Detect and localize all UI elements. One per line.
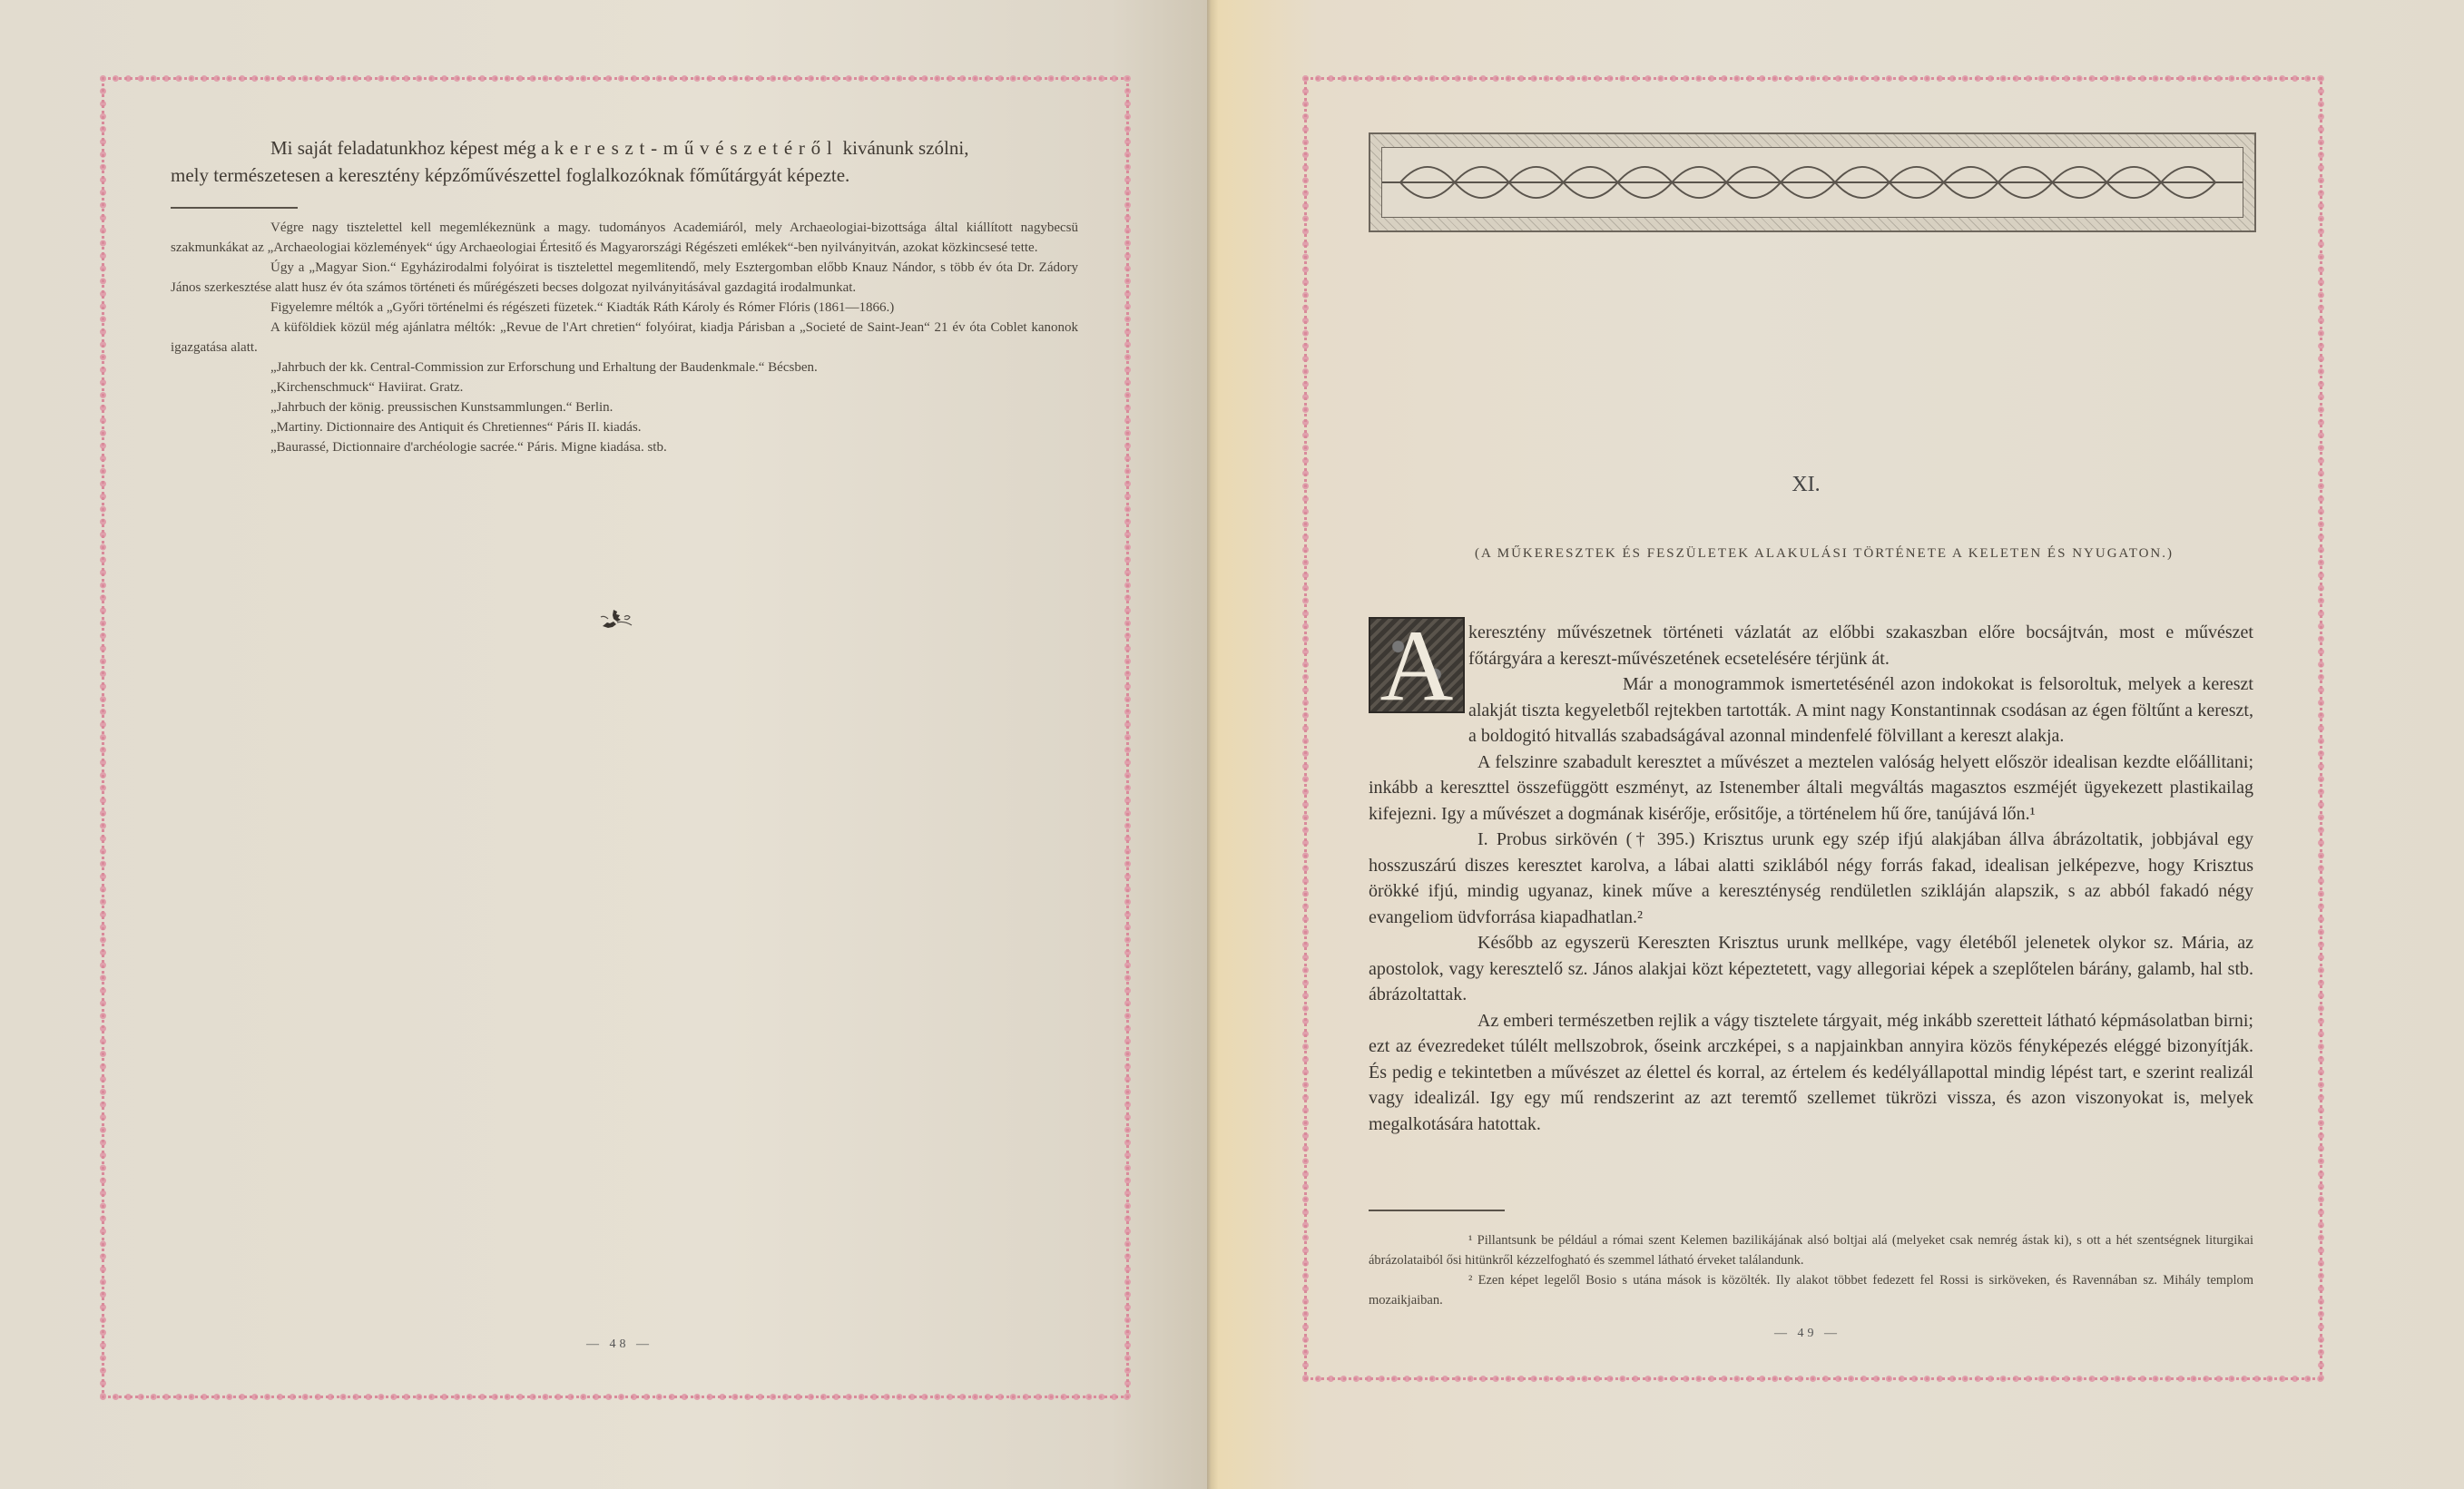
intro-line1-spaced: kereszt-művészetéről	[555, 137, 839, 159]
intro-line1-suffix: kivánunk szólni,	[843, 137, 969, 159]
intro-line2: mely természetesen a keresztény képzőműv…	[171, 162, 1078, 189]
oak-leaf-fleuron-icon	[597, 606, 643, 633]
paragraph-3: A felszinre szabadult keresztet a művész…	[1369, 749, 2253, 828]
chapter-title: (A MŰKERESZTEK ÉS FESZÜLETEK ALAKULÁSI T…	[1389, 547, 2260, 561]
footnote-2: ² Ezen képet legelől Bosio s utána mások…	[1369, 1270, 2253, 1310]
paragraph-2: Már a monogrammok ismertetésénél azon in…	[1369, 671, 2253, 749]
reference-item: „Jahrbuch der kk. Central-Commission zur…	[171, 358, 1078, 377]
reference-item: „Jahrbuch der könig. preussischen Kunsts…	[171, 397, 1078, 417]
left-page-number: — 48 —	[586, 1338, 653, 1351]
reference-item: „Baurassé, Dictionnaire d'archéologie sa…	[171, 437, 1078, 457]
right-footnotes: ¹ Pillantsunk be például a római szent K…	[1369, 1230, 2253, 1310]
reference-item: „Kirchenschmuck“ Haviirat. Gratz.	[171, 377, 1078, 397]
book-gutter	[1207, 0, 1218, 1489]
right-body-text: keresztény művészetnek történeti vázlatá…	[1369, 620, 2253, 1137]
paragraph-5: Később az egyszerü Kereszten Krisztus ur…	[1369, 930, 2253, 1008]
footnote-academia: Végre nagy tisztelettel kell megemlékezn…	[171, 218, 1078, 258]
left-page: Mi saját feladatunkhoz képest még a kere…	[0, 0, 1207, 1489]
intro-line1-prefix: Mi saját feladatunkhoz képest még a	[270, 137, 549, 159]
left-intro-paragraph: Mi saját feladatunkhoz képest még a kere…	[171, 134, 1078, 189]
footnote-kulfoldiek: A küföldiek közül még ajánlatra méltók: …	[171, 318, 1078, 358]
left-footnotes: Végre nagy tisztelettel kell megemlékezn…	[171, 218, 1078, 457]
right-footnote-separator-rule	[1369, 1210, 1505, 1211]
footnote-1: ¹ Pillantsunk be például a római szent K…	[1369, 1230, 2253, 1270]
reference-item: „Martiny. Dictionnaire des Antiquit és C…	[171, 417, 1078, 437]
footnote-gyori-fuzetek: Figyelemre méltók a „Győri történelmi és…	[171, 298, 1078, 318]
right-page-number: — 49 —	[1774, 1327, 1841, 1340]
paragraph-1: keresztény művészetnek történeti vázlatá…	[1369, 620, 2253, 671]
chapter-number: XI.	[1761, 474, 1851, 495]
paragraph-6: Az emberi természetben rejlik a vágy tis…	[1369, 1008, 2253, 1138]
footnote-magyar-sion: Úgy a „Magyar Sion.“ Egyházirodalmi foly…	[171, 258, 1078, 298]
footnote-separator-rule	[171, 207, 298, 209]
ornamental-headpiece-icon	[1369, 132, 2256, 232]
paragraph-4: I. Probus sirkövén († 395.) Krisztus uru…	[1369, 827, 2253, 930]
